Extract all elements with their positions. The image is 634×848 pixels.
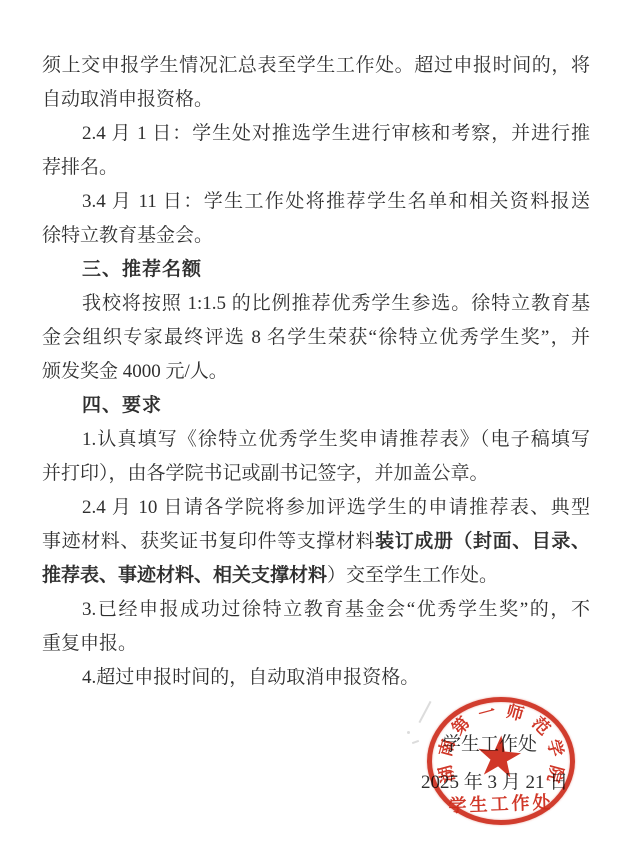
- official-seal: 湖南第一师范学院 ★ 学生工作处: [427, 697, 575, 825]
- body-text: 事迹材料、获奖证书复印件等支撑材料: [42, 531, 375, 552]
- body-line: 3.已经申报成功过徐特立教育基金会“优秀学生奖”的，不: [42, 593, 590, 627]
- seal-arc-char: 南: [436, 738, 457, 759]
- body-line: 荐排名。: [42, 151, 590, 185]
- seal-arc-char: 范: [529, 714, 553, 738]
- section-heading: 四、要求: [42, 389, 590, 423]
- body-line: 3.4 月 11 日：学生工作处将推荐学生名单和相关资料报送: [42, 185, 590, 219]
- seal-arc-char: 学: [545, 738, 566, 759]
- body-line: 颁发奖金 4000 元/人。: [42, 355, 590, 389]
- body-text: ）交至学生工作处。: [327, 565, 498, 586]
- seal-arc-char: 院: [545, 764, 566, 785]
- body-line: 4.超过申报时间的，自动取消申报资格。: [42, 661, 590, 695]
- body-line: 推荐表、事迹材料、相关支撑材料）交至学生工作处。: [42, 559, 590, 593]
- body-text-bold: 装订成册（封面、目录、: [375, 531, 590, 552]
- body-line: 重复申报。: [42, 627, 590, 661]
- body-line: 须上交申报学生情况汇总表至学生工作处。超过申报时间的，将: [42, 49, 590, 83]
- body-line: 2.4 月 10 日请各学院将参加评选学生的申请推荐表、典型: [42, 491, 590, 525]
- body-line: 1.认真填写《徐特立优秀学生奖申请推荐表》（电子稿填写: [42, 423, 590, 457]
- seal-arc-char: 湖: [436, 764, 457, 785]
- body-text-bold: 推荐表、事迹材料、相关支撑材料: [42, 565, 327, 586]
- seal-arc-char: 师: [505, 702, 526, 723]
- document-page: 须上交申报学生情况汇总表至学生工作处。超过申报时间的，将 自动取消申报资格。 2…: [0, 0, 634, 848]
- body-line: 自动取消申报资格。: [42, 83, 590, 117]
- document-body: 须上交申报学生情况汇总表至学生工作处。超过申报时间的，将 自动取消申报资格。 2…: [42, 49, 590, 695]
- seal-arc-char: 一: [476, 702, 497, 723]
- body-line: 并打印），由各学院书记或副书记签字，并加盖公章。: [42, 457, 590, 491]
- body-line: 2.4 月 1 日：学生处对推选学生进行审核和考察，并进行推: [42, 117, 590, 151]
- seal-arc-char: 第: [449, 714, 473, 738]
- body-line: 事迹材料、获奖证书复印件等支撑材料装订成册（封面、目录、: [42, 525, 590, 559]
- seal-bottom-text: 学生工作处: [427, 787, 576, 818]
- body-line: 金会组织专家最终评选 8 名学生荣获“徐特立优秀学生奖”，并: [42, 321, 590, 355]
- body-line: 徐特立教育基金会。: [42, 219, 590, 253]
- star-icon: ★: [471, 727, 527, 788]
- scan-artifact: [407, 731, 410, 734]
- section-heading: 三、推荐名额: [42, 253, 590, 287]
- scan-artifact: [412, 740, 419, 744]
- body-line: 我校将按照 1:1.5 的比例推荐优秀学生参选。徐特立教育基: [42, 287, 590, 321]
